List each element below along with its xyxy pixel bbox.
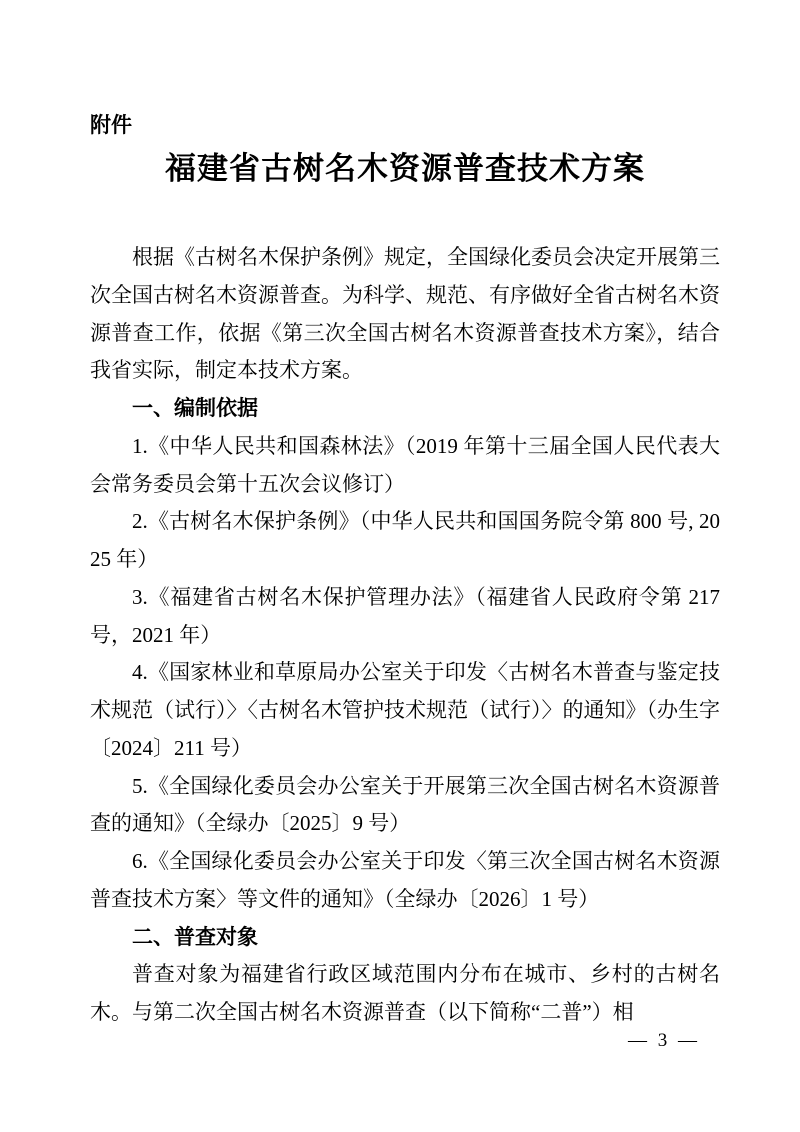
- document-title: 福建省古树名木资源普查技术方案: [90, 148, 720, 190]
- basis-item-2: 2.《古树名木保护条例》（中华人民共和国国务院令第 800 号, 2025 年）: [90, 503, 720, 579]
- basis-item-5: 5.《全国绿化委员会办公室关于开展第三次全国古树名木资源普查的通知》（全绿办〔2…: [90, 768, 720, 844]
- basis-item-3: 3.《福建省古树名木保护管理办法》（福建省人民政府令第 217 号，2021 年…: [90, 579, 720, 655]
- basis-item-1: 1.《中华人民共和国森林法》（2019 年第十三届全国人民代表大会常务委员会第十…: [90, 428, 720, 504]
- section-heading-basis: 一、编制依据: [90, 390, 720, 428]
- page-number: — 3 —: [628, 1030, 700, 1052]
- document-body: 根据《古树名木保护条例》规定，全国绿化委员会决定开展第三次全国古树名木资源普查。…: [90, 239, 720, 1032]
- document-content: 附件 福建省古树名木资源普查技术方案 根据《古树名木保护条例》规定，全国绿化委员…: [90, 0, 720, 1032]
- basis-item-4: 4.《国家林业和草原局办公室关于印发〈古树名木普查与鉴定技术规范（试行）〉〈古树…: [90, 654, 720, 767]
- document-page: 附件 福建省古树名木资源普查技术方案 根据《古树名木保护条例》规定，全国绿化委员…: [0, 0, 800, 1132]
- basis-item-6: 6.《全国绿化委员会办公室关于印发〈第三次全国古树名木资源普查技术方案〉等文件的…: [90, 843, 720, 919]
- intro-paragraph: 根据《古树名木保护条例》规定，全国绿化委员会决定开展第三次全国古树名木资源普查。…: [90, 239, 720, 390]
- section-heading-census-object: 二、普查对象: [90, 919, 720, 957]
- census-object-paragraph: 普查对象为福建省行政区域范围内分布在城市、乡村的古树名木。与第二次全国古树名木资…: [90, 956, 720, 1032]
- attachment-label: 附件: [90, 112, 720, 139]
